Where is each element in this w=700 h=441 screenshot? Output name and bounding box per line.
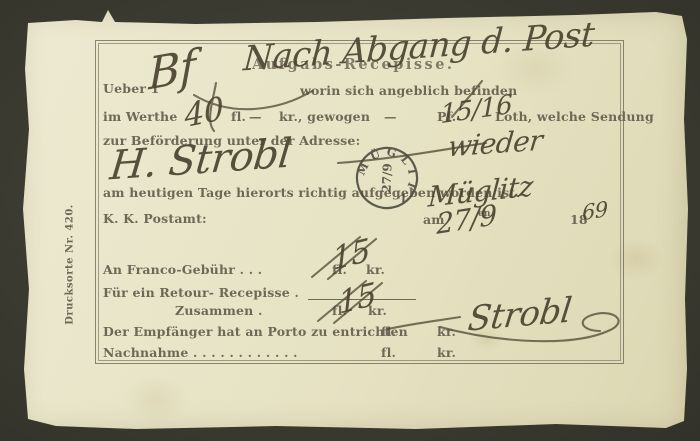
receipt-paper: Drucksorte Nr. 420. Aufgabs-Recepisse. U… [16, 9, 688, 432]
label-loth: Loth, welche Sendung [495, 109, 654, 124]
unit-kr-gewogen: kr., gewogen [279, 109, 370, 124]
scan-background: { "document_type": "scanned historical A… [0, 0, 700, 441]
label-im-werthe: im Werthe [103, 109, 178, 124]
form-number-label: Drucksorte Nr. 420. [65, 203, 76, 327]
dash-2: — [384, 109, 397, 124]
fee-row-franco-label: An Franco-Gebühr . . . [103, 262, 262, 277]
fee-row-retour-label: Für ein Retour- Recepisse . [103, 285, 299, 300]
fee-row-nachnahme-fl: fl. [381, 345, 396, 360]
fee-row-empfaenger-label: Der Empfänger hat an Porto zu entrichten [103, 324, 408, 339]
fee-row-nachnahme-label: Nachnahme . . . . . . . . . . . . [103, 345, 298, 360]
fee-row-nachnahme-kr: kr. [437, 345, 456, 360]
postmark-stamp-icon: MÜGLITZ 27/9 [350, 141, 424, 215]
dash-1: — [249, 109, 262, 124]
fee-row-empfaenger-fl: fl. [381, 324, 396, 339]
unit-fl-1: fl. [231, 109, 246, 124]
postmark-center-text: 27/9 [379, 163, 394, 193]
label-postamt: K. K. Postamt: [103, 211, 207, 226]
handwritten-ueber-entry: Bf [148, 40, 195, 100]
handwritten-date-year: 69 [582, 197, 608, 225]
handwritten-werthe-value: 40 [183, 89, 225, 136]
handwritten-address-note: wieder [446, 124, 544, 164]
fee-row-zusammen-label: Zusammen . [175, 303, 263, 318]
fee-row-empfaenger-kr: kr. [437, 324, 456, 339]
